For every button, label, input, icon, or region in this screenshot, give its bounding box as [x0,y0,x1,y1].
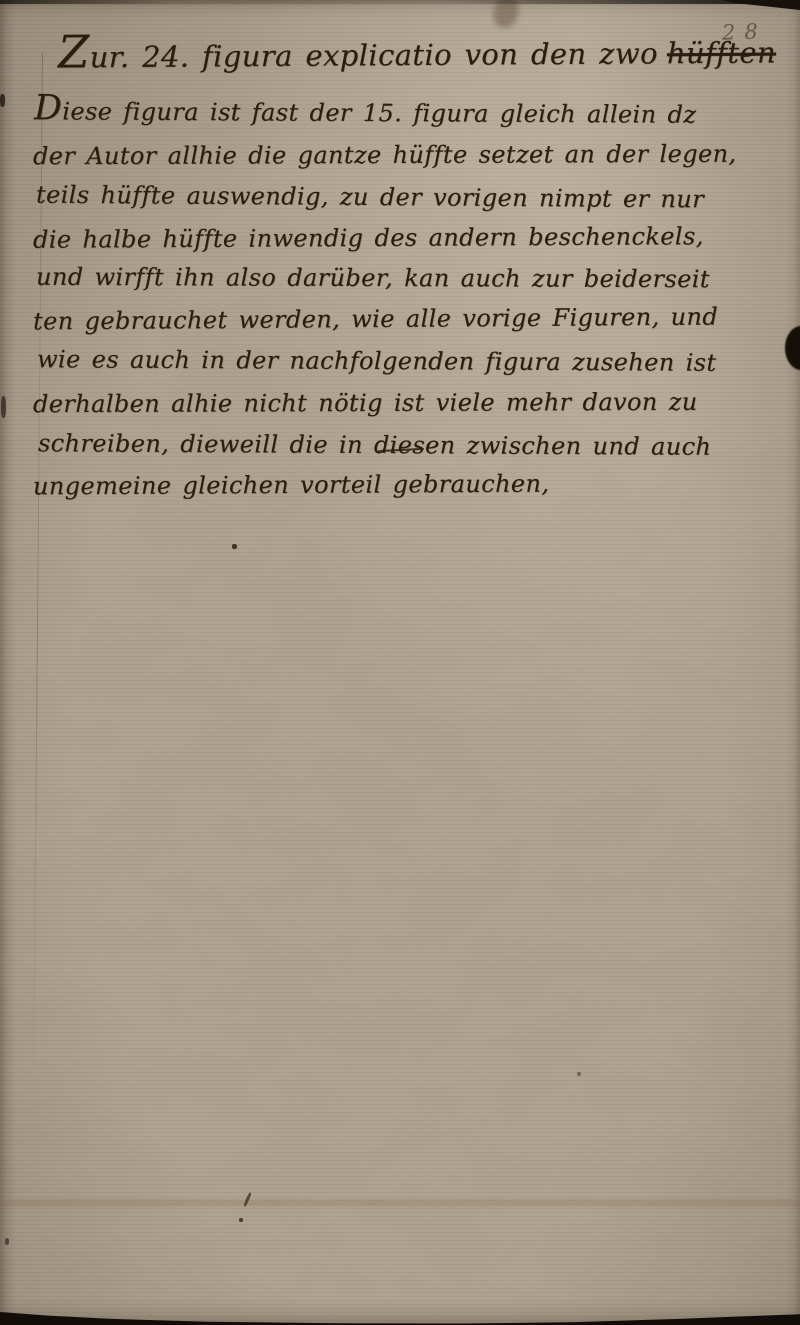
scan-edge-top [0,0,800,4]
margin-rule-line [33,52,43,1132]
edge-speck [0,94,5,107]
text-line: Diese figura ist fast der 15. figura gle… [34,97,696,128]
ink-smudge [490,0,522,31]
heading-struck-word: hüfften [667,35,776,70]
text-line: wie es auch in der nachfolgenden figura … [37,345,717,377]
text-line: derhalben alhie nicht nötig ist viele me… [33,388,698,418]
text-line: teils hüffte auswendig, zu der vorigen n… [36,181,704,214]
heading-text: Zur. 24. figura explicatio von den zwo [58,36,658,74]
ink-speck [577,1072,581,1076]
text-line: schreiben, dieweill die in diesen zwisch… [38,429,711,461]
horizontal-fold-crease [0,1198,800,1208]
ink-speck [232,544,237,549]
text-line: ungemeine gleichen vorteil gebrauchen, [33,470,550,501]
manuscript-page: 28 Zur. 24. figura explicatio von den zw… [0,0,800,1325]
heading-line: Zur. 24. figura explicatio von den zwohü… [58,35,776,74]
text-line: der Autor allhie die gantze hüffte setze… [33,140,737,170]
edge-speck [1,396,6,418]
edge-speck [5,1238,9,1245]
ink-blot [785,326,800,370]
text-line: und wirfft ihn also darüber, kan auch zu… [36,263,710,293]
scan-edge-corner [722,0,800,10]
text-line: die halbe hüffte inwendig des andern bes… [33,222,704,254]
scan-edge-bottom [0,1307,800,1325]
ink-speck [239,1218,243,1222]
text-line: ten gebrauchet werden, wie alle vorige F… [33,303,718,336]
